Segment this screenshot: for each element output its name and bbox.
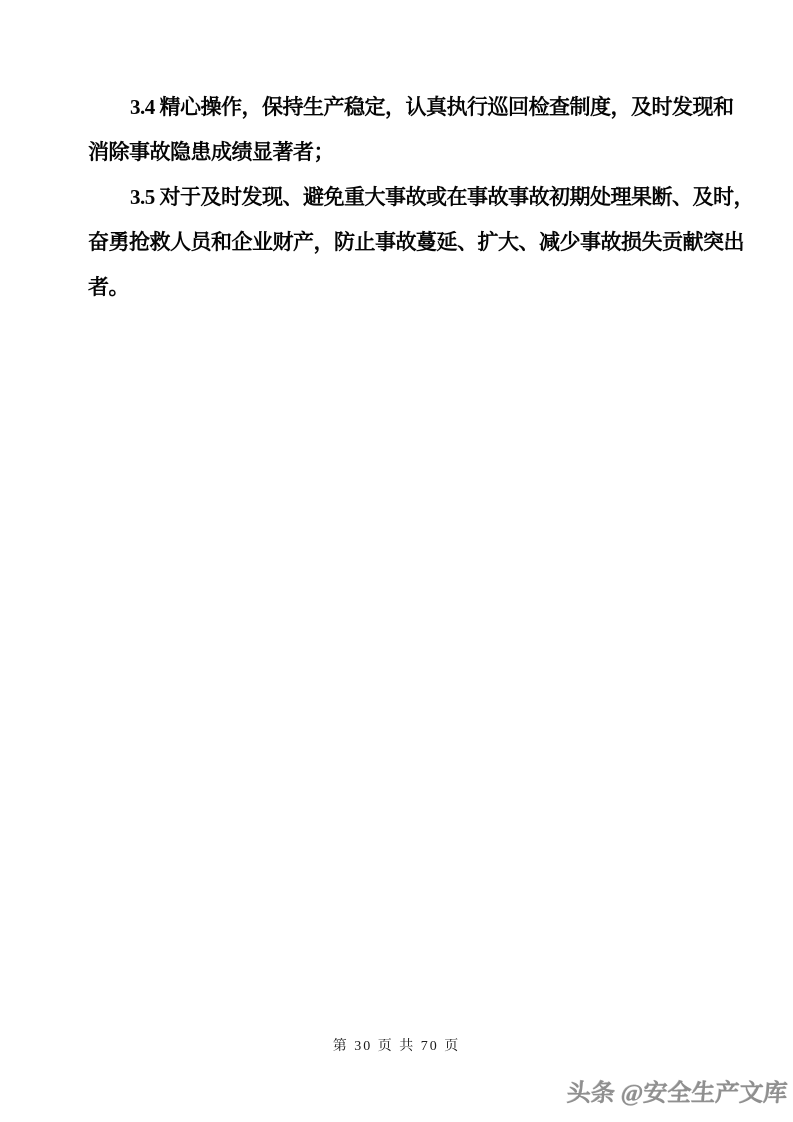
text-line: 3.5 对于及时发现、避免重大事故或在事故事故初期处理果断、及时， [88,175,706,220]
paragraph-3.4: 3.4 精心操作，保持生产稳定，认真执行巡回检查制度，及时发现和消除事故隐患成绩… [88,85,706,175]
page-number-indicator: 第 30 页 共 70 页 [333,1039,461,1054]
text-line: 消除事故隐患成绩显著者； [88,130,706,175]
watermark-text: 头条 @安全生产文库 [565,1076,788,1112]
text-line: 者。 [88,265,706,310]
text-line: 3.4 精心操作，保持生产稳定，认真执行巡回检查制度，及时发现和 [88,85,706,130]
page-footer: 第 30 页 共 70 页 [0,1036,793,1058]
paragraph-3.5: 3.5 对于及时发现、避免重大事故或在事故事故初期处理果断、及时，奋勇抢救人员和… [88,175,706,310]
document-page: 3.4 精心操作，保持生产稳定，认真执行巡回检查制度，及时发现和消除事故隐患成绩… [0,0,793,1122]
body-text-block: 3.4 精心操作，保持生产稳定，认真执行巡回检查制度，及时发现和消除事故隐患成绩… [88,85,706,310]
text-line: 奋勇抢救人员和企业财产，防止事故蔓延、扩大、减少事故损失贡献突出 [88,220,706,265]
